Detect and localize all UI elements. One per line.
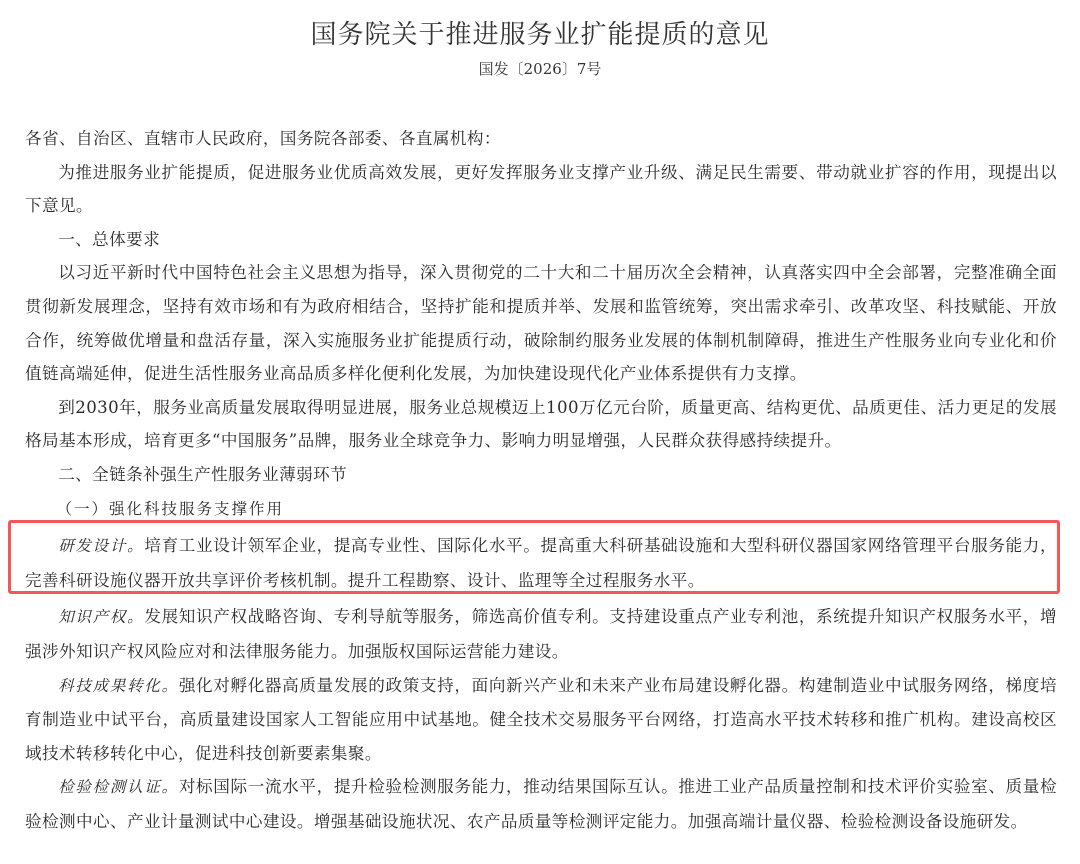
section-1-paragraph-1: 以习近平新时代中国特色社会主义思想为指导，深入贯彻党的二十大和二十届历次全会精神…	[25, 256, 1057, 390]
salutation: 各省、自治区、直辖市人民政府，国务院各部委、各直属机构：	[25, 122, 1057, 156]
item-research-design: 研发设计。培育工业设计领军企业，提高专业性、国际化水平。提高重大科研基础设施和大…	[25, 529, 1057, 597]
section-1-heading: 一、总体要求	[25, 223, 1057, 257]
document-body: 各省、自治区、直辖市人民政府，国务院各部委、各直属机构： 为推进服务业扩能提质，…	[25, 122, 1057, 838]
item-keyword: 知识产权。	[58, 608, 144, 626]
item-keyword: 检验检测认证。	[58, 778, 179, 796]
item-text: 培育工业设计领军企业，提高专业性、国际化水平。提高重大科研基础设施和大型科研仪器…	[25, 536, 1057, 590]
item-tech-transfer: 科技成果转化。强化对孵化器高质量发展的政策支持，面向新兴产业和未来产业布局建设孵…	[25, 669, 1057, 771]
subheading-text: （一）强化科技服务支撑作用	[57, 500, 285, 518]
item-text: 强化对孵化器高质量发展的政策支持，面向新兴产业和未来产业布局建设孵化器。构建制造…	[25, 676, 1057, 763]
item-text: 发展知识产权战略咨询、专利导航等服务，筛选高价值专利。支持建设重点产业专利池，系…	[25, 607, 1057, 661]
intro-paragraph: 为推进服务业扩能提质，促进服务业优质高效发展，更好发挥服务业支撑产业升级、满足民…	[25, 156, 1057, 223]
section-1-paragraph-2: 到2030年，服务业高质量发展取得明显进展，服务业总规模迈上100万亿元台阶，质…	[25, 391, 1057, 458]
item-inspection-certification: 检验检测认证。对标国际一流水平，提升检验检测服务能力，推动结果国际互认。推进工业…	[25, 770, 1057, 838]
item-text: 对标国际一流水平，提升检验检测服务能力，推动结果国际互认。推进工业产品质量控制和…	[25, 777, 1057, 831]
document-number: 国发〔2026〕7号	[0, 58, 1080, 79]
item-keyword: 科技成果转化。	[58, 677, 179, 695]
section-2-heading: 二、全链条补强生产性服务业薄弱环节	[25, 458, 1057, 492]
item-intellectual-property: 知识产权。发展知识产权战略咨询、专利导航等服务，筛选高价值专利。支持建设重点产业…	[25, 600, 1057, 668]
item-keyword: 研发设计。	[58, 537, 144, 555]
section-2-subheading: （一）强化科技服务支撑作用	[25, 492, 1057, 527]
document-title: 国务院关于推进服务业扩能提质的意见	[0, 14, 1080, 51]
